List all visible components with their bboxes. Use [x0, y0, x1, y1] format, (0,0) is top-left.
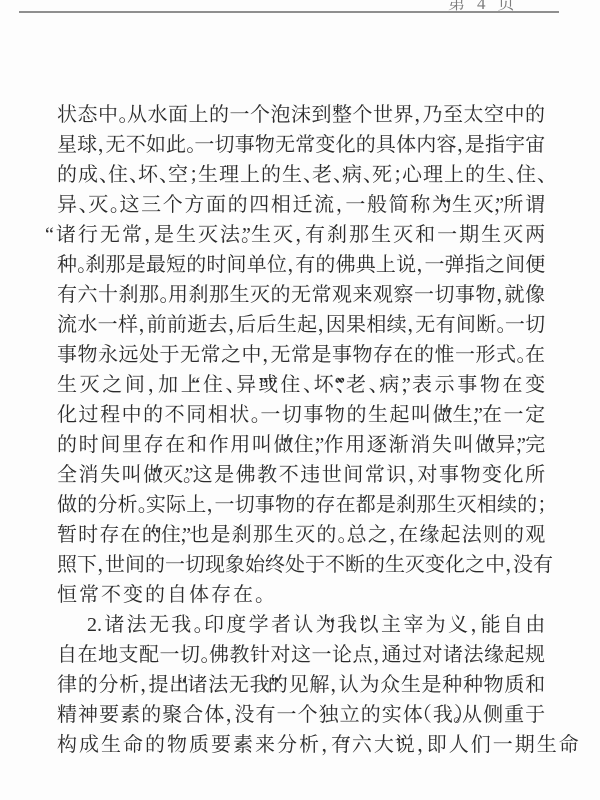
- scanned-book-page: 第4页 状态中。从水面上的一个泡沫到整个世界，乃至太空中的星球，无不如此。一切事…: [0, 0, 600, 800]
- text-line: 精神要素的聚合体，没有一个独立的实体（我）。从侧重于: [57, 700, 545, 730]
- text-line: 星球，无不如此。一切事物无常变化的具体内容，是指宇宙: [57, 130, 545, 160]
- text-line: 的成、住、坏、空；生理上的生、老、病、死；心理上的生、住、: [57, 160, 545, 190]
- text-line: 暂时存在的“住”，也是刹那生灭的。总之，在缘起法则的观: [57, 520, 545, 550]
- text-line: 自在地支配一切。佛教针对这一论点，通过对诸法缘起规: [57, 640, 545, 670]
- text-line: 流水一样，前前逝去，后后生起，因果相续，无有间断。一切: [57, 310, 545, 340]
- text-line: 异、灭。这三个方面的四相迁流，一般简称为“生灭”，所谓: [57, 190, 545, 220]
- text-line: 有六十刹那。用刹那生灭的无常观来观察一切事物，就像: [57, 280, 545, 310]
- text-line: 的时间里存在和作用叫做“住”，作用逐渐消失叫做“异”，完: [57, 430, 545, 460]
- text-line: 全消失叫做“灭”。这是佛教不违世间常识，对事物变化所: [57, 460, 545, 490]
- page-body-text: 状态中。从水面上的一个泡沫到整个世界，乃至太空中的星球，无不如此。一切事物无常变…: [57, 100, 545, 760]
- text-line: 2.诸法无我。印度学者认为“我”以主宰为义，能自由: [57, 610, 545, 640]
- text-line: 律的分析，提出“诸法无我”的见解，认为众生是种种物质和: [57, 670, 545, 700]
- text-line: “诸行无常，是生灭法”。生灭，有刹那生灭和一期生灭两: [57, 220, 545, 250]
- text-line: 状态中。从水面上的一个泡沫到整个世界，乃至太空中的: [57, 100, 545, 130]
- text-line: 事物永远处于无常之中，无常是事物存在的惟一形式。在: [57, 340, 545, 370]
- text-line: 生灭之间，加上“住、异”或“住、坏”、“老、病”，表示事物在变: [57, 370, 545, 400]
- text-line: 化过程中的不同相状。一切事物的生起叫做“生”，在一定: [57, 400, 545, 430]
- text-line: 照下，世间的一切现象始终处于不断的生灭变化之中，没有: [57, 550, 545, 580]
- text-line: 构成生命的物质要素来分析，有“六大”说，即人们一期生命: [57, 730, 545, 760]
- header-rule: [19, 11, 559, 13]
- text-line: 种。刹那是最短的时间单位，有的佛典上说，一弹指之间便: [57, 250, 545, 280]
- text-line: 恒常不变的自体存在。: [57, 580, 545, 610]
- text-line: 做的分析。实际上，一切事物的存在都是刹那生灭相续的；: [57, 490, 545, 520]
